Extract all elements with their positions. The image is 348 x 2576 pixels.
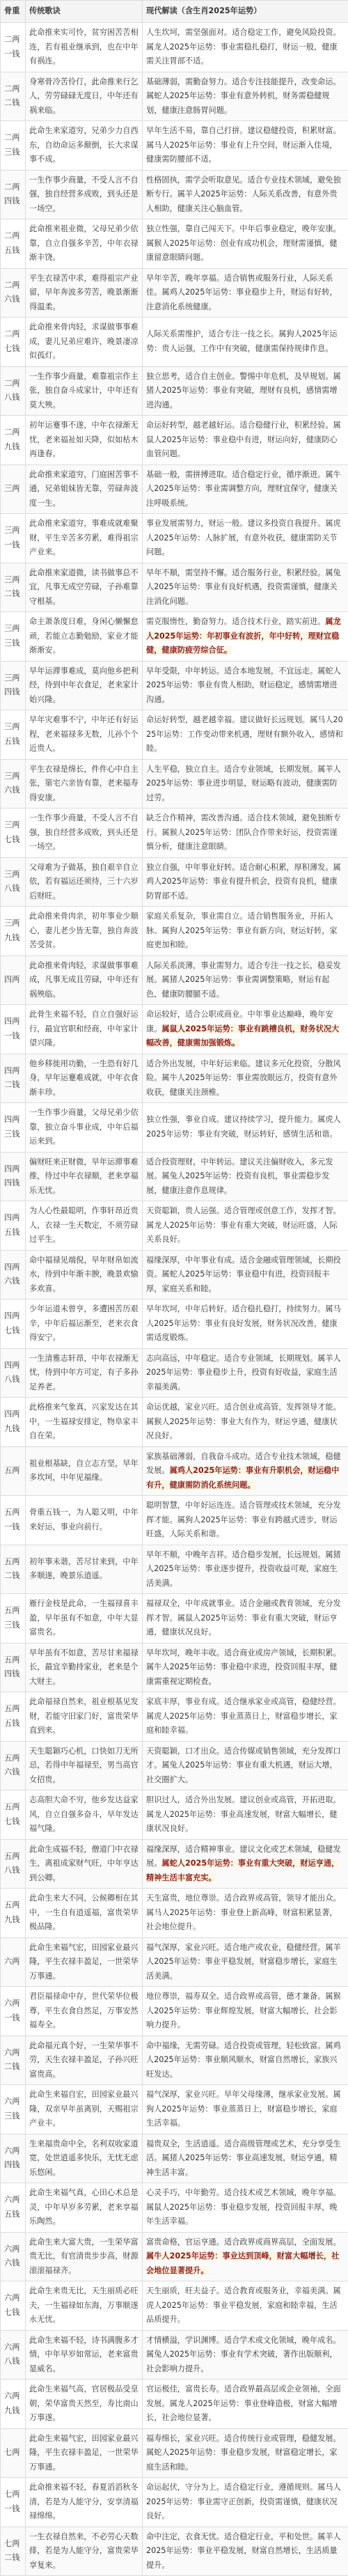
bone-weight-cell: 二两一钱 [1,23,26,72]
traditional-verse-cell: 此命推来家道微，读书做事总不宜，凡事无成空劳碌，子孙难靠守根基。 [26,563,143,612]
traditional-verse-cell: 早年灾难事不宁，中年还有好运程，老来福禄多无数，儿孙个个近贵人。 [26,710,143,760]
header-verse: 传统歌诀 [26,1,143,23]
traditional-verse-cell: 此命生来福气真，心田心术总是灵，中年早岁多劳累，老来享福乐陶然。 [26,2183,143,2233]
bone-weight-cell: 六两八钱 [1,2330,26,2380]
modern-interpretation-cell: 需克服惰性，勤奋努力。适合技术行业，踏实前进。属龙人2025年运势：年初事业有波… [143,612,348,662]
traditional-verse-cell: 此命生来福气宏，田园家业最兴隆，平生衣禄丰盈足，一世荣华万事通。 [26,2428,143,2478]
bone-weight-cell: 六两六钱 [1,2232,26,2281]
bone-weight-cell: 四两三钱 [1,1103,26,1153]
table-row: 六两三钱此命生来福自宏，田园家业最兴隆，双亲早年虽离别，天赐祖宗产业丰。福气深厚… [1,2085,348,2134]
table-row: 四两四钱偏财旺来正财微，早年运滞事难推，待过中年衣禄顺，老来享福乐无忧。适合投资… [1,1152,348,1201]
table-row: 三两四钱早年运滞事难成，莫向他乡把利经，待到中年衣食足，老来家计始兴隆。早年受限… [1,661,348,710]
modern-text: 命中注定，衣食无忧。适合稳定行业，平和处世。属羊人2025年运势：事业平稳发展，… [146,2532,341,2570]
modern-text: 命运优越，家业兴旺。适合创业或高管，发挥领导才能。属猴人2025年运势：事业大有… [146,1403,341,1440]
traditional-verse-cell: 一生作事少商量，不受人言不自强，独自经营多成败，到头还是一场空。 [26,170,143,219]
table-row: 七两二钱一生衣禄自然来，不必劳心天数排，若是为人能守分，富贵荣华享复来。命中注定… [1,2527,348,2576]
header-modern: 现代解读（含生肖2025年运势） [143,1,348,23]
bone-weight-cell: 五两五钱 [1,1692,26,1742]
modern-interpretation-cell: 命中注定，衣食无忧。适合稳定行业，平和处世。属羊人2025年运势：事业平稳发展，… [143,2527,348,2576]
bone-weight-cell: 二两六钱 [1,268,26,318]
bone-weight-cell: 四两七钱 [1,1299,26,1349]
bone-weight-cell: 六两七钱 [1,2281,26,2331]
traditional-verse-cell: 偏财旺来正财微，早年运滞事难推，待过中年衣禄顺，老来享福乐无忧。 [26,1152,143,1201]
modern-interpretation-cell: 天生富贵，地位尊崇。适合政界或高管，领导才能出众。属马人2025年运势：事业登上… [143,1889,348,1938]
table-row: 五两三钱雁行金枝是此命，一生福禄喜丰盈，早年虽有不如意，中年大显富贵名。福禄双全… [1,1594,348,1644]
modern-interpretation-cell: 人际关系需维护，适合专注一技之长。属狗人2025年运势：贵人运强，工作中有突破，… [143,318,348,367]
traditional-verse-cell: 此命生来大富大贵，一生荣华富贵无比，有官清贵步步高，财源滚滚福禄齐。 [26,2232,143,2281]
modern-interpretation-cell: 早年不顺，中晚年吉祥。适合稳步发展，长远规划。属猪人2025年运势：事业逐步提升… [143,1545,348,1594]
modern-text: 早年坎坷，晚年丰收。适合商业或房产领域，长期积累。属牛人2025年运势：事业稳中… [146,1648,341,1686]
bone-weight-cell: 二两七钱 [1,318,26,367]
modern-text: 官运极佳，富贵长寿。适合政界最高层或企业领袖，全面发展。属龙人2025年运势：事… [146,2384,341,2422]
bone-weight-cell: 五两 [1,1446,26,1496]
bone-weight-cell: 三两五钱 [1,710,26,760]
bone-weight-cell: 六两 [1,1937,26,1987]
modern-text: 性格固执，需学会听取意见。适合专业技术领域，避免独断专行。属羊人2025年运势：… [146,175,341,213]
table-row: 五两祖业根基缺，自立志方坚，早年多坎坷，中年见福缘。家族基础薄弱，自我奋斗成功。… [1,1446,348,1496]
traditional-verse-cell: 此命生来贵无比，天生丽质必旺夫，一生福禄如东海，万事顺遂永无忧。 [26,2281,143,2331]
modern-interpretation-cell: 福气深厚，家业兴旺。早年父母缘薄，继承家业发展。属狗人2025年运势：事业蒸蒸日… [143,2085,348,2134]
traditional-verse-cell: 平生衣禄是绵长，件件心中自主张，第宅六亲皆有靠，老来福寿得安康。 [26,759,143,809]
bone-weight-cell: 七两二钱 [1,2527,26,2576]
table-row: 六两七钱此命生来贵无比，天生丽质必旺夫，一生福禄如东海，万事顺遂永无忧。天生丽质… [1,2281,348,2331]
traditional-verse-cell: 骨重五钱一，为人聪又明，中年来好运，事业向前行。 [26,1496,143,1545]
modern-text: 适合投资理财，中年转运。建议关注偏财收入，多元发展。属兔人2025年运势：投资有… [146,1157,333,1195]
table-row: 二两四钱一生作事少商量，不受人言不自强，独自经营多成败，到头还是一场空。性格固执… [1,170,348,219]
table-row: 四两八钱一生清雅志轩昂，中年衣禄渐无忧，待到中年方可定，有子多孙足养老。志向高远… [1,1348,348,1398]
modern-interpretation-cell: 福缘深厚，适合精神事业。建议文化或艺术领域，稳健发展。属蛇人2025年运势：事业… [143,1839,348,1889]
modern-interpretation-cell: 天生丽质，旺夫益子。适合教育或服务业，幸福美满。属虎人2025年运势：事业平稳发… [143,2281,348,2331]
header-weight: 骨重 [1,1,26,23]
bone-weight-cell: 三两 [1,465,26,514]
modern-interpretation-cell: 天资聪颖，口才出众。适合传媒或销售领域，充分发挥口才。属兔人2025年运势：事业… [143,1741,348,1790]
table-row: 四两一钱此骨生来福不轻，自立自强好运行，最宜官职和经商，中年家计望兴隆。命运较好… [1,1005,348,1054]
modern-interpretation-cell: 人际关系淡薄，事业需努力。适合专注一技之长，稳妥发展。属猪人2025年运势：事业… [143,955,348,1005]
traditional-verse-cell: 志高胆大命不穷，他乡发达益家风，自立自强多奋斗，早年发达福气隆。 [26,1790,143,1840]
table-row: 四两七钱少年运道未曾亨，多遭困苦历艰辛，中年后福运渐至，老来衣食得安宁。早年坎坷… [1,1299,348,1349]
modern-interpretation-cell: 早年受限，中年转运。适合本地发展，不宜远走。属蛇人2025年运势：事业有贵人相助… [143,661,348,710]
table-row: 五两六钱天生聪颖巧心机，口快如刀无所忌，若得中年福禄至，男当高官女招贵。天资聪颖… [1,1741,348,1790]
traditional-verse-cell: 此命推来骨肉轻，求谋做事事难成，凡事无成且劳碌，中年还有祸殃临。 [26,955,143,1005]
table-row: 五两四钱早年虽有不如意，苦尽甘来福禄长，最宜辛勤持家业，老来是个大财主。早年坎坷… [1,1643,348,1692]
highlighted-forecast: 属鼠人2025年运势：事业有跳槽良机，财务状况大幅改善，健康需加强锻炼。 [146,1024,339,1048]
table-row: 七两一钱此命推来福不轻，春夏滔滔秋冬清，若是为人能守分，安享清福禄绵绵。命运起伏… [1,2478,348,2527]
modern-interpretation-cell: 富贵命格，官运亨通。适合政界或商界高层，全面发展。属牛人2025年运势：事业达到… [143,2232,348,2281]
bone-weight-cell: 四两四钱 [1,1152,26,1201]
traditional-verse-cell: 此格推来气象真，兴家发达在其中，一生福禄安排定，物阜家丰自在荣。 [26,1398,143,1447]
modern-text: 早年不顺，需坚持不懈。适合服务行业，积累经验。属兔人2025年运势：事业有良好机… [146,568,341,606]
table-row: 二两五钱此命推来祖业微，父母兄弟少依靠，自立自强多辛苦，中年衣禄渐丰饶。独立性强… [1,219,348,269]
traditional-verse-cell: 少年运道未曾亨，多遭困苦历艰辛，中年后福运渐至，老来衣食得安宁。 [26,1299,143,1349]
traditional-verse-cell: 命主萧条度日难，身闲心懒懈怠顽，若能立志勤勉励，家业才能渐渐安。 [26,612,143,662]
bone-weight-cell: 二两八钱 [1,366,26,416]
modern-interpretation-cell: 缺乏合作精神，需改善沟通。适合技术领域，避免独断专行。属猴人2025年运势：团队… [143,809,348,858]
modern-interpretation-cell: 天资聪颖，贵人运强。适合管理或创意工作，发挥才智。属龙人2025年运势：事业有重… [143,1201,348,1251]
traditional-verse-cell: 君臣福禄命中存，世代荣华位极尊，平生衣食自然足，万事安然福寿全。 [26,1987,143,2036]
traditional-verse-cell: 一生作事少商量，父母兄弟少依靠，独立奋斗事业成，中年后福运来到。 [26,1103,143,1153]
table-row: 六两九钱此命生来福气高，官居极品受皇朝，荣华富贵天然至，寿比南山万事遂。官运极佳… [1,2380,348,2429]
modern-text: 缺乏合作精神，需改善沟通。适合技术领域，避免独断专行。属猴人2025年运势：团队… [146,813,341,851]
modern-interpretation-cell: 独立性强，靠自己闯天下。中年后事业稳定，晚年安康。属猴人2025年运势：创业有成… [143,219,348,269]
bone-weight-cell: 四两六钱 [1,1250,26,1299]
table-row: 六两五钱此命生来福气真，心田心术总是灵，中年早岁多劳累，老来享福乐陶然。心灵手巧… [1,2183,348,2233]
modern-text: 独立自强，中年事业好转。适合耐心积累，厚积薄发。属鸡人2025年运势：事业有提升… [146,863,341,900]
bone-weight-cell: 五两六钱 [1,1741,26,1790]
table-row: 三两六钱平生衣禄是绵长，件件心中自主张，第宅六亲皆有靠，老来福寿得安康。人生平稳… [1,759,348,809]
bone-weight-cell: 六两四钱 [1,2134,26,2183]
traditional-verse-cell: 此命推来骨肉亲，初年事业少顺心，妻儿老少皆无靠，独自奔波苦受贫。 [26,907,143,956]
traditional-verse-cell: 天生聪颖巧心机，口快如刀无所忌，若得中年福禄至，男当高官女招贵。 [26,1741,143,1790]
modern-text: 天资聪颖，口才出众。适合传媒或销售领域，充分发挥口才。属兔人2025年运势：事业… [146,1747,341,1784]
modern-interpretation-cell: 命运较好，适合公职或商业。中年事业达巅峰，晚年安康。属鼠人2025年运势：事业有… [143,1005,348,1054]
traditional-verse-cell: 此命生来福气宏，田园家业最兴隆，平生衣禄丰盈足，一世荣华万事通。 [26,1937,143,1987]
modern-interpretation-cell: 早年坎坷，中年后转好。适合稳扎稳打，持续努力。属马人2025年运势：事业有良好发… [143,1299,348,1349]
table-row: 四两二钱他乡移徙用功勤，一生恐有好几身，早年运蹇难成就，中年衣食渐丰珍。适合外出… [1,1054,348,1103]
traditional-verse-cell: 为人心性最聪明，作事轩昂近贵人，衣禄一生天数定，不须劳碌过平生。 [26,1201,143,1251]
modern-interpretation-cell: 家庭关系复杂，事业需自立。适合销售服务业，开拓人脉。属狗人2025年运势：事业有… [143,907,348,956]
modern-text: 基础一般，需拼搏进取。适合稳定行业，循序渐进。属牛人2025年运势：事业需调整方… [146,470,341,508]
table-row: 三两三钱命主萧条度日难，身闲心懒懈怠顽，若能立志勤勉励，家业才能渐渐安。需克服惰… [1,612,348,662]
traditional-verse-cell: 此命生来福不轻，诗书满腹多才情，中年早岁如常运，老来富贵显威名。 [26,2330,143,2380]
table-row: 六两此命生来福气宏，田园家业最兴隆，平生衣禄丰盈足，一世荣华万事通。福气深厚，家… [1,1937,348,1987]
modern-text: 家底丰厚，事业有成。适合继承家业或高管，稳健经营。属虎人2025年运势：事业蒸蒸… [146,1697,341,1735]
traditional-verse-cell: 一生作事少商量，不受人言不自强，独自经营多成败，到头还是一场空。 [26,809,143,858]
table-row: 三两七钱一生作事少商量，不受人言不自强，独自经营多成败，到头还是一场空。缺乏合作… [1,809,348,858]
modern-interpretation-cell: 胆识过人，适合外出发展。建议创业或高管，开拓进取。属龙人2025年运势：事业高速… [143,1790,348,1840]
modern-interpretation-cell: 心灵手巧，中年勤劳。适合技术或艺术领域，晚年享福。属鼠人2025年运势：事业稳步… [143,2183,348,2233]
modern-interpretation-cell: 独立性强，事业自成。建议持续学习，提升能力。属虎人2025年运势：事业有突破，财… [143,1103,348,1153]
modern-text: 人际关系需维护，适合专注一技之长。属狗人2025年运势：贵人运强，工作中有突破，… [146,329,338,353]
bone-weight-cell: 五两九钱 [1,1889,26,1938]
bone-weight-cell: 三两一钱 [1,514,26,563]
modern-text: 福寿绵长，家业兴旺。适合传统行业或管理，稳健发展。属蛇人2025年运势：事业稳步… [146,2434,341,2472]
modern-text: 早年不顺，中晚年吉祥。适合稳步发展，长远规划。属猪人2025年运势：事业逐步提升… [146,1550,341,1588]
modern-text: 地位尊崇，福寿双全。适合政界或高管，德才兼备。属猴人2025年运势：事业辉煌发展… [146,1992,341,2029]
bone-weight-cell: 二两三钱 [1,121,26,171]
modern-text: 事业发展需努力，财运一般。建议多投资自我提升。属虎人2025年运势：人脉扩展，有… [146,519,341,556]
bone-weight-cell: 四两 [1,955,26,1005]
bone-weight-cell: 六两二钱 [1,2036,26,2085]
modern-interpretation-cell: 命运起伏，守分为上。适合稳定行业，遵循规则。属马人2025年运势：事业需守正创新… [143,2478,348,2527]
bone-weight-cell: 四两八钱 [1,1348,26,1398]
table-row: 二两一钱此命推来实可怜，贫穷困苦苦相连，若有祖业继承到，也在中年有祸连。人生坎坷… [1,23,348,72]
modern-interpretation-cell: 官运极佳，富贵长寿。适合政界最高层或企业领袖，全面发展。属龙人2025年运势：事… [143,2380,348,2429]
table-body: 二两一钱此命推来实可怜，贫穷困苦苦相连，若有祖业继承到，也在中年有祸连。人生坎坷… [1,23,348,2576]
bone-weight-cell: 四两一钱 [1,1005,26,1054]
table-row: 二两七钱此命推来骨肉轻，求谋做事事难成，妻儿兄弟应难许，晚景凄凉似孤灯。人际关系… [1,318,348,367]
modern-text: 志向高远，中年稳定。适合专业领域，长期规划。属羊人2025年运势：事业稳步上升，… [146,1354,341,1391]
modern-text: 福缘深厚，中年事业有成。适合金融或管理领域，长期投资。属蛇人2025年运势：事业… [146,1256,341,1293]
modern-text: 天生丽质，旺夫益子。适合教育或服务业，幸福美满。属虎人2025年运势：事业平稳发… [146,2286,341,2324]
modern-text: 独立思考，适合自主创业。警惕中年危机，及早规划。属猪人2025年运势：事业有突破… [146,372,341,409]
bone-weight-cell: 三两九钱 [1,907,26,956]
modern-interpretation-cell: 命中福缘，无需劳碌。适合投资或管理，轻松致富。属鸡人2025年运势：事业顺风顺水… [143,2036,348,2085]
traditional-verse-cell: 此命推来祖业微，父母兄弟少依靠，自立自强多辛苦，中年衣禄渐丰饶。 [26,219,143,269]
modern-interpretation-cell: 福气深厚，家业兴旺。适合地产或农业，稳健经营。属羊人2025年运势：事业平稳发展… [143,1937,348,1987]
traditional-verse-cell: 此命推来家道穷，事难成就难聚财，平生辛苦多劳累，难得祖宗产业来。 [26,514,143,563]
modern-text: 才情横溢，学识渊博。适合学术或文化领域，晚年成名。属兔人2025年运势：事业有学… [146,2336,341,2373]
traditional-verse-cell: 一生衣禄自然来，不必劳心天数排，若是为人能守分，富贵荣华享复来。 [26,2527,143,2576]
bone-weight-cell: 五两二钱 [1,1545,26,1594]
table-row: 二两八钱一生作事少商量，难靠祖宗作主张，独自奋斗成家计，中年还有莫大殃。独立思考… [1,366,348,416]
traditional-verse-cell: 平生衣禄苦中求，难得祖宗产业留，早年奔波多劳苦，晚景渐渐得温柔。 [26,268,143,318]
traditional-verse-cell: 一生清雅志轩昂，中年衣禄渐无忧，待到中年方可定，有子多孙足养老。 [26,1348,143,1398]
modern-interpretation-cell: 地位尊崇，福寿双全。适合政界或高管，德才兼备。属猴人2025年运势：事业辉煌发展… [143,1987,348,2036]
modern-interpretation-cell: 命运好转型，越老越好运。适合稳健行业，积累经验。属鼠人2025年运势：事业稳中有… [143,416,348,465]
modern-interpretation-cell: 适合投资理财，中年转运。建议关注偏财收入，多元发展。属兔人2025年运势：投资有… [143,1152,348,1201]
traditional-verse-cell: 生来福贵命中全，名利双收家道宽，处世逍遥多快乐，无忧无虑乐悠闲。 [26,2134,143,2183]
traditional-verse-cell: 此命生来家道穷，兄弟少力自西东，自幼命运多颠倒，长大求谋事不成。 [26,121,143,171]
table-row: 三两二钱此命推来家道微，读书做事总不宜，凡事无成空劳碌，子孙难靠守根基。早年不顺… [1,563,348,612]
modern-interpretation-cell: 才情横溢，学识渊博。适合学术或文化领域，晚年成名。属兔人2025年运势：事业有学… [143,2330,348,2380]
traditional-verse-cell: 此命推来家道穷，门庭困苦事不通，兄弟姐妹皆无靠，劳碌奔波度一生。 [26,465,143,514]
modern-interpretation-cell: 事业发展需努力，财运一般。建议多投资自我提升。属虎人2025年运势：人脉扩展，有… [143,514,348,563]
table-row: 四两此命推来骨肉轻，求谋做事事难成，凡事无成且劳碌，中年还有祸殃临。人际关系淡薄… [1,955,348,1005]
bone-weight-cell: 四两二钱 [1,1054,26,1103]
modern-interpretation-cell: 人生坎坷，需坚强面对。适合稳定工作，避免风险投资。属龙人2025年运势：事业需稳… [143,23,348,72]
traditional-verse-cell: 雁行金枝是此命，一生福禄喜丰盈，早年虽有不如意，中年大显富贵名。 [26,1594,143,1644]
bone-weight-cell: 五两七钱 [1,1790,26,1840]
modern-interpretation-cell: 早年生活不易，靠自己打拼。建议稳健投资，积累财富。属马人2025年运势：事业有上… [143,121,348,171]
table-row: 六两八钱此命生来福不轻，诗书满腹多才情，中年早岁如常运，老来富贵显威名。才情横溢… [1,2330,348,2380]
bone-weight-cell: 七两 [1,2428,26,2478]
modern-interpretation-cell: 福贵双全，生活逍遥。适合高级管理或艺术，充分享受生活。属猪人2025年运势：事业… [143,2134,348,2183]
traditional-verse-cell: 此命推来实可怜，贫穷困苦苦相连，若有祖业继承到，也在中年有祸连。 [26,23,143,72]
modern-interpretation-cell: 人生平稳，独立自主。适合专业领域，长期发展。属羊人2025年运势：事业进步明显，… [143,759,348,809]
modern-interpretation-cell: 福禄双全，中年成就事业。适合金融或教育领域，充分发挥才智。属鼠人2025年运势：… [143,1594,348,1644]
traditional-verse-cell: 此命生来福自宏，田园家业最兴隆，双亲早年虽离别，天赐祖宗产业丰。 [26,2085,143,2134]
bone-weight-cell: 五两三钱 [1,1594,26,1644]
table-row: 三两八钱父母难为子做基，独自艰辛自立依，若有福运还须待，三十六岁后财旺。独立自强… [1,857,348,907]
modern-interpretation-cell: 基础薄弱，需勤奋努力。适合专注技能提升，改变命运。属蛇人2025年运势：事业有意… [143,72,348,121]
table-row: 五两二钱初年事未谐，苦尽甘来到，中年多顺遂，晚景乐逍遥。早年不顺，中晚年吉祥。适… [1,1545,348,1594]
traditional-verse-cell: 此命生成福不轻，僧道门中衣禄生，离祖成家财气旺，中年亨达到公卿。 [26,1839,143,1889]
table-row: 六两二钱此命福元真个好，一生荣华事不劳，天生衣禄丰盈足，子孙兴旺富贵高。命中福缘… [1,2036,348,2085]
table-row: 六两四钱生来福贵命中全，名利双收家道宽，处世逍遥多快乐，无忧无虑乐悠闲。福贵双全… [1,2134,348,2183]
bone-weight-cell: 六两九钱 [1,2380,26,2429]
traditional-verse-cell: 此命生来大不同，公候卿相在其中，一生自有逍遥福，富贵荣华极品隆。 [26,1889,143,1938]
modern-interpretation-cell: 志向高远，中年稳定。适合专业领域，长期规划。属羊人2025年运势：事业稳步上升，… [143,1348,348,1398]
table-row: 二两二钱身寒骨冷苦伶仃，此命推来行乞人，劳劳碌碌无度日，中年还有祸来临。基础薄弱… [1,72,348,121]
traditional-verse-cell: 初年事未谐，苦尽甘来到，中年多顺遂，晚景乐逍遥。 [26,1545,143,1594]
table-row: 三两一钱此命推来家道穷，事难成就难聚财，平生辛苦多劳累，难得祖宗产业来。事业发展… [1,514,348,563]
table-row: 五两八钱此命生成福不轻，僧道门中衣禄生，离祖成家财气旺，中年亨达到公卿。福缘深厚… [1,1839,348,1889]
table-row: 六两一钱君臣福禄命中存，世代荣华位极尊，平生衣食自然足，万事安然福寿全。地位尊崇… [1,1987,348,2036]
modern-text: 胆识过人，适合外出发展。建议创业或高管，开拓进取。属龙人2025年运势：事业高速… [146,1795,341,1833]
modern-text: 命中福缘，无需劳碌。适合投资或管理，轻松致富。属鸡人2025年运势：事业顺风顺水… [146,2041,341,2079]
table-row: 五两五钱此命福禄自然来，祖业根基见发财，若能守旧家门好，富贵荣华直到来。家底丰厚… [1,1692,348,1742]
modern-interpretation-cell: 家族基础薄弱，自我奋斗成功。适合专业技术领域，稳健发展。属鸡人2025年运势：事… [143,1446,348,1496]
table-row: 三两此命推来家道穷，门庭困苦事不通，兄弟姐妹皆无靠，劳碌奔波度一生。基础一般，需… [1,465,348,514]
bone-weight-cell: 三两二钱 [1,563,26,612]
table-row: 四两三钱一生作事少商量，父母兄弟少依靠，独立奋斗事业成，中年后福运来到。独立性强… [1,1103,348,1153]
modern-text: 命运好转型，越老越幸福。建议做好长远规划。属马人2025年运势：工作变动带来机遇… [146,715,343,753]
modern-text: 人际关系淡薄，事业需努力。适合专注一技之长，稳妥发展。属猪人2025年运势：事业… [146,961,341,999]
modern-text: 人生坎坷，需坚强面对。适合稳定工作，避免风险投资。属龙人2025年运势：事业需稳… [146,28,341,65]
table-header: 骨重 传统歌诀 现代解读（含生肖2025年运势） [1,1,348,23]
modern-interpretation-cell: 家底丰厚，事业有成。适合继承家业或高管，稳健经营。属虎人2025年运势：事业蒸蒸… [143,1692,348,1742]
modern-text: 聪明智慧，中年好运连连。适合管理或技术领域，充分发挥才能。属狗人2025年运势：… [146,1501,341,1538]
bone-weight-cell: 五两四钱 [1,1643,26,1692]
bone-weight-cell: 五两八钱 [1,1839,26,1889]
table-row: 五两七钱志高胆大命不穷，他乡发达益家风，自立自强多奋斗，早年发达福气隆。胆识过人… [1,1790,348,1840]
modern-text: 天生富贵，地位尊崇。适合政界或高管，领导才能出众。属马人2025年运势：事业登上… [146,1894,341,1931]
bone-weight-cell: 五两一钱 [1,1496,26,1545]
modern-interpretation-cell: 福缘深厚，中年事业有成。适合金融或管理领域，长期投资。属蛇人2025年运势：事业… [143,1250,348,1299]
modern-text: 早年坎坷，中年后转好。适合稳扎稳打，持续努力。属马人2025年运势：事业有良好发… [146,1304,341,1342]
modern-text: 人生平稳，独立自主。适合专业领域，长期发展。属羊人2025年运势：事业进步明显，… [146,765,341,802]
modern-text: 福贵双全，生活逍遥。适合高级管理或艺术，充分享受生活。属猪人2025年运势：事业… [146,2139,341,2177]
modern-interpretation-cell: 适合外出发展，中年好运来临。建议多元化投资，分散风险。属牛人2025年运势：事业… [143,1054,348,1103]
traditional-verse-cell: 此命福禄自然来，祖业根基见发财，若能守旧家门好，富贵荣华直到来。 [26,1692,143,1742]
modern-interpretation-cell: 聪明智慧，中年好运连连。适合管理或技术领域，充分发挥才能。属狗人2025年运势：… [143,1496,348,1545]
traditional-verse-cell: 父母难为子做基，独自艰辛自立依，若有福运还须待，三十六岁后财旺。 [26,857,143,907]
traditional-verse-cell: 此命推来福不轻，春夏滔滔秋冬清，若是为人能守分，安享清福禄绵绵。 [26,2478,143,2527]
traditional-verse-cell: 早年运滞事难成，莫向他乡把利经，待到中年衣食足，老来家计始兴隆。 [26,661,143,710]
bone-weight-cell: 三两六钱 [1,759,26,809]
highlighted-forecast: 属鸡人2025年运势：事业有升职机会，财运稳中有升，健康需防消化系统问题。 [146,1466,339,1490]
modern-text: 基础薄弱，需勤奋努力。适合专注技能提升，改变命运。属蛇人2025年运势：事业有意… [146,77,341,115]
modern-text: 福气深厚，家业兴旺。适合地产或农业，稳健经营。属羊人2025年运势：事业平稳发展… [146,1943,341,1981]
bone-weight-cell: 二两二钱 [1,72,26,121]
modern-text: 需克服惰性，勤奋努力。适合技术行业，踏实前进。 [146,617,325,626]
traditional-verse-cell: 他乡移徙用功勤，一生恐有好几身，早年运蹇难成就，中年衣食渐丰珍。 [26,1054,143,1103]
bone-weight-cell: 四两五钱 [1,1201,26,1251]
modern-interpretation-cell: 独立思考，适合自主创业。警惕中年危机，及早规划。属猪人2025年运势：事业有突破… [143,366,348,416]
modern-text: 独立性强，事业自成。建议持续学习，提升能力。属虎人2025年运势：事业有突破，财… [146,1115,341,1139]
traditional-verse-cell: 此命福元真个好，一生荣华事不劳，天生衣禄丰盈足，子孙兴旺富贵高。 [26,2036,143,2085]
modern-interpretation-cell: 命运优越，家业兴旺。适合创业或高管，发挥领导才能。属猴人2025年运势：事业大有… [143,1398,348,1447]
bone-weight-cell: 三两七钱 [1,809,26,858]
modern-interpretation-cell: 早年辛苦，晚年享福。适合销售或服务行业，人际关系佳。属鸡人2025年运势：事业稳… [143,268,348,318]
modern-text: 福禄双全，中年成就事业。适合金融或教育领域，充分发挥才智。属鼠人2025年运势：… [146,1599,341,1637]
table-row: 三两九钱此命推来骨肉亲，初年事业少顺心，妻儿老少皆无靠，独自奔波苦受贫。家庭关系… [1,907,348,956]
highlighted-forecast: 属牛人2025年运势：事业达到顶峰，财富大幅增长，社会地位显著提升。 [146,2251,339,2275]
table-row: 二两三钱此命生来家道穷，兄弟少力自西东，自幼命运多颠倒，长大求谋事不成。早年生活… [1,121,348,171]
traditional-verse-cell: 命中福禄见端倪，早年财帛如流水，待到中年渐丰腴，晚景欢愉多欢喜。 [26,1250,143,1299]
bone-weight-cell: 三两八钱 [1,857,26,907]
traditional-verse-cell: 此命生来福气高，官居极品受皇朝，荣华富贵天然至，寿比南山万事遂。 [26,2380,143,2429]
bone-weight-cell: 六两三钱 [1,2085,26,2134]
modern-interpretation-cell: 性格固执，需学会听取意见。适合专业技术领域，避免独断专行。属羊人2025年运势：… [143,170,348,219]
bone-weight-cell: 六两五钱 [1,2183,26,2233]
traditional-verse-cell: 早年虽有不如意，苦尽甘来福禄长，最宜辛勤持家业，老来是个大财主。 [26,1643,143,1692]
traditional-verse-cell: 祖业根基缺，自立志方坚，早年多坎坷，中年见福缘。 [26,1446,143,1496]
modern-interpretation-cell: 福寿绵长，家业兴旺。适合传统行业或管理，稳健发展。属蛇人2025年运势：事业稳步… [143,2428,348,2478]
modern-text: 天资聪颖，贵人运强。适合管理或创意工作，发挥才智。属龙人2025年运势：事业有重… [146,1206,341,1244]
bone-weight-cell: 四两九钱 [1,1398,26,1447]
modern-text: 早年辛苦，晚年享福。适合销售或服务行业，人际关系佳。属鸡人2025年运势：事业稳… [146,274,338,311]
modern-interpretation-cell: 早年坎坷，晚年丰收。适合商业或房产领域，长期积累。属牛人2025年运势：事业稳中… [143,1643,348,1692]
modern-interpretation-cell: 基础一般，需拼搏进取。适合稳定行业，循序渐进。属牛人2025年运势：事业需调整方… [143,465,348,514]
bone-weight-cell: 二两九钱 [1,416,26,465]
highlighted-forecast: 属蛇人2025年运势：事业有重大突破，财运亨通，精神生活丰富充实。 [146,1859,339,1882]
bone-weight-table: 骨重 传统歌诀 现代解读（含生肖2025年运势） 二两一钱此命推来实可怜，贫穷困… [0,0,348,2576]
table-row: 四两五钱为人心性最聪明，作事轩昂近贵人，衣禄一生天数定，不须劳碌过平生。天资聪颖… [1,1201,348,1251]
table-row: 三两五钱早年灾难事不宁，中年还有好运程，老来福禄多无数，儿孙个个近贵人。命运好转… [1,710,348,760]
modern-text: 福气深厚，家业兴旺。早年父母缘薄，继承家业发展。属狗人2025年运势：事业蒸蒸日… [146,2090,341,2128]
modern-interpretation-cell: 独立自强，中年事业好转。适合耐心积累，厚积薄发。属鸡人2025年运势：事业有提升… [143,857,348,907]
modern-text: 心灵手巧，中年勤劳。适合技术或艺术领域，晚年享福。属鼠人2025年运势：事业稳步… [146,2188,341,2226]
table-row: 二两六钱平生衣禄苦中求，难得祖宗产业留，早年奔波多劳苦，晚景渐渐得温柔。早年辛苦… [1,268,348,318]
modern-text: 富贵命格，官运亨通。适合政界或商界高层，全面发展。 [146,2238,341,2247]
table-row: 五两一钱骨重五钱一，为人聪又明，中年来好运，事业向前行。聪明智慧，中年好运连连。… [1,1496,348,1545]
bone-weight-cell: 二两四钱 [1,170,26,219]
modern-text: 命运起伏，守分为上。适合稳定行业，遵循规则。属马人2025年运势：事业需守正创新… [146,2483,341,2520]
table-row: 二两九钱初年运蹇事不遂，中年衣禄渐无忧，老来福祉如天降，似如枯木再逢春。命运好转… [1,416,348,465]
table-row: 四两六钱命中福禄见端倪，早年财帛如流水，待到中年渐丰腴，晚景欢愉多欢喜。福缘深厚… [1,1250,348,1299]
modern-text: 独立性强，靠自己闯天下。中年后事业稳定，晚年安康。属猴人2025年运势：创业有成… [146,224,341,262]
traditional-verse-cell: 此命推来骨肉轻，求谋做事事难成，妻儿兄弟应难许，晚景凄凉似孤灯。 [26,318,143,367]
bone-weight-cell: 六两一钱 [1,1987,26,2036]
traditional-verse-cell: 此骨生来福不轻，自立自强好运行，最宜官职和经商，中年家计望兴隆。 [26,1005,143,1054]
traditional-verse-cell: 初年运蹇事不遂，中年衣禄渐无忧，老来福祉如天降，似如枯木再逢春。 [26,416,143,465]
modern-interpretation-cell: 早年不顺，需坚持不懈。适合服务行业，积累经验。属兔人2025年运势：事业有良好机… [143,563,348,612]
modern-text: 命运好转型，越老越好运。适合稳健行业，积累经验。属鼠人2025年运势：事业稳中有… [146,421,341,458]
table-row: 五两九钱此命生来大不同，公候卿相在其中，一生自有逍遥福，富贵荣华极品隆。天生富贵… [1,1889,348,1938]
bone-weight-cell: 三两三钱 [1,612,26,662]
traditional-verse-cell: 一生作事少商量，难靠祖宗作主张，独自奋斗成家计，中年还有莫大殃。 [26,366,143,416]
modern-text: 早年生活不易，靠自己打拼。建议稳健投资，积累财富。属马人2025年运势：事业有上… [146,126,341,164]
traditional-verse-cell: 身寒骨冷苦伶仃，此命推来行乞人，劳劳碌碌无度日，中年还有祸来临。 [26,72,143,121]
modern-text: 早年受限，中年转运。适合本地发展，不宜远走。属蛇人2025年运势：事业有贵人相助… [146,666,341,704]
table-row: 六两六钱此命生来大富大贵，一生荣华富贵无比，有官清贵步步高，财源滚滚福禄齐。富贵… [1,2232,348,2281]
modern-interpretation-cell: 命运好转型，越老越幸福。建议做好长远规划。属马人2025年运势：工作变动带来机遇… [143,710,348,760]
modern-text: 适合外出发展，中年好运来临。建议多元化投资，分散风险。属牛人2025年运势：事业… [146,1059,341,1097]
bone-weight-cell: 三两四钱 [1,661,26,710]
table-row: 四两九钱此格推来气象真，兴家发达在其中，一生福禄安排定，物阜家丰自在荣。命运优越… [1,1398,348,1447]
bone-weight-cell: 二两五钱 [1,219,26,269]
modern-text: 家庭关系复杂，事业需自立。适合销售服务业，开拓人脉。属狗人2025年运势：事业有… [146,912,338,949]
bone-weight-cell: 七两一钱 [1,2478,26,2527]
table-row: 七两此命生来福气宏，田园家业最兴隆，平生衣禄丰盈足，一世荣华万事通。福寿绵长，家… [1,2428,348,2478]
